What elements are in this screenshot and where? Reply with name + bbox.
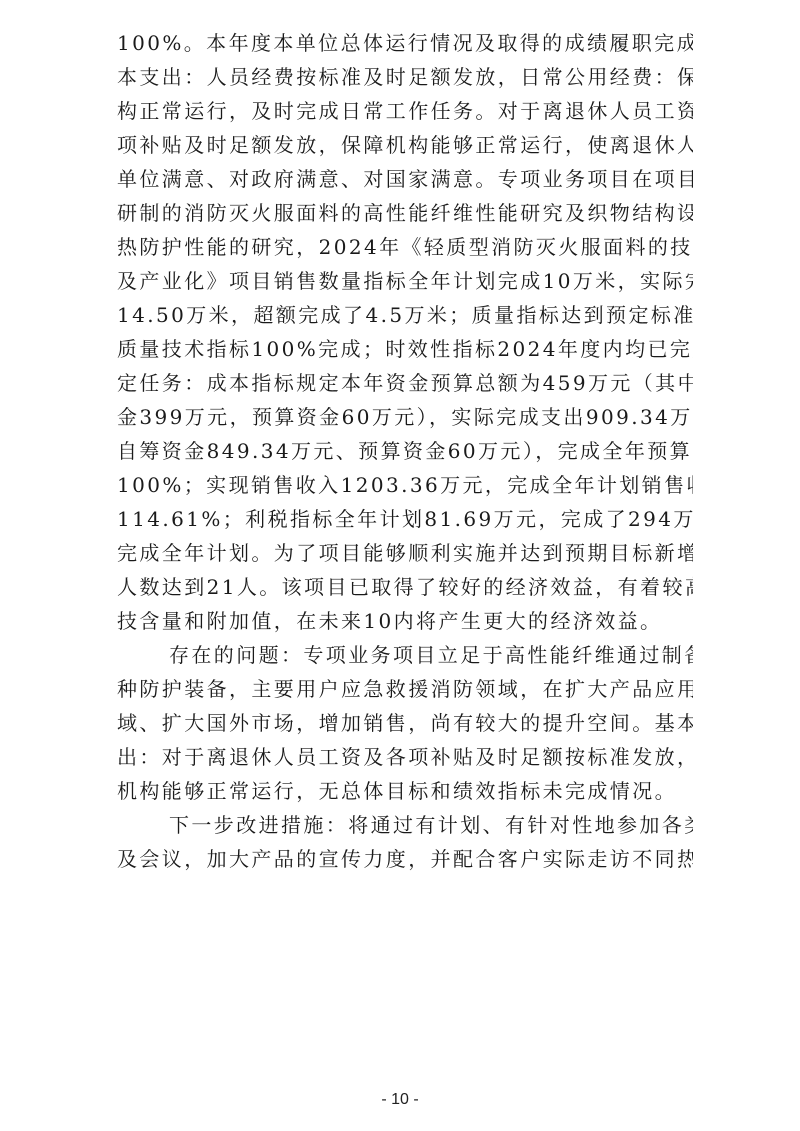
text-line: 项补贴及时足额发放，保障机构能够正常运行，使离退休人员对 <box>117 128 693 162</box>
text-line: 机构能够正常运行，无总体目标和绩效指标未完成情况。 <box>117 774 693 808</box>
text-line: 完成全年计划。为了项目能够顺利实施并达到预期目标新增就业 <box>117 536 693 570</box>
text-line: 定任务：成本指标规定本年资金预算总额为459万元（其中自筹资 <box>117 366 693 400</box>
text-line: 域、扩大国外市场，增加销售，尚有较大的提升空间。基本支 <box>117 706 693 740</box>
text-line: 本支出：人员经费按标准及时足额发放，日常公用经费：保障机 <box>117 60 693 94</box>
text-line: 114.61%；利税指标全年计划81.69万元，完成了294万元，已超额 <box>117 502 693 536</box>
text-line: 质量技术指标100%完成；时效性指标2024年度内均已完成项目预 <box>117 332 693 366</box>
text-line: 存在的问题：专项业务项目立足于高性能纤维通过制备成特 <box>117 638 693 672</box>
text-line: 自筹资金849.34万元、预算资金60万元），完成全年预算的 <box>117 434 693 468</box>
text-line: 100%；实现销售收入1203.36万元，完成全年计划销售收入的 <box>117 468 693 502</box>
text-line: 人数达到21人。该项目已取得了较好的经济效益，有着较高的科 <box>117 570 693 604</box>
text-line: 热防护性能的研究，2024年《轻质型消防灭火服面料的技术研究 <box>117 230 693 264</box>
page-number: - 10 - <box>0 1091 800 1109</box>
text-line: 金399万元，预算资金60万元），实际完成支出909.34万元（其中 <box>117 400 693 434</box>
performance-summary-paragraph: 100%。本年度本单位总体运行情况及取得的成绩履职完成情况,基 本支出：人员经费… <box>117 26 693 638</box>
text-line: 技含量和附加值，在未来10内将产生更大的经济效益。 <box>117 604 693 638</box>
text-line: 100%。本年度本单位总体运行情况及取得的成绩履职完成情况,基 <box>117 26 693 60</box>
text-line: 及会议，加大产品的宣传力度，并配合客户实际走访不同热防护 <box>117 842 693 876</box>
text-line: 构正常运行，及时完成日常工作任务。对于离退休人员工资及各 <box>117 94 693 128</box>
text-line: 种防护装备，主要用户应急救援消防领域，在扩大产品应用领 <box>117 672 693 706</box>
text-line: 下一步改进措施：将通过有计划、有针对性地参加各类展会 <box>117 808 693 842</box>
text-line: 单位满意、对政府满意、对国家满意。专项业务项目在项目期内 <box>117 162 693 196</box>
next-steps-paragraph: 下一步改进措施：将通过有计划、有针对性地参加各类展会 及会议，加大产品的宣传力度… <box>117 808 693 876</box>
text-line: 14.50万米，超额完成了4.5万米；质量指标达到预定标准，各项 <box>117 298 693 332</box>
text-line: 出：对于离退休人员工资及各项补贴及时足额按标准发放，保障 <box>117 740 693 774</box>
text-line: 及产业化》项目销售数量指标全年计划完成10万米，实际完成 <box>117 264 693 298</box>
text-line: 研制的消防灭火服面料的高性能纤维性能研究及织物结构设计与 <box>117 196 693 230</box>
document-page: 100%。本年度本单位总体运行情况及取得的成绩履职完成情况,基 本支出：人员经费… <box>117 26 693 876</box>
existing-problems-paragraph: 存在的问题：专项业务项目立足于高性能纤维通过制备成特 种防护装备，主要用户应急救… <box>117 638 693 808</box>
